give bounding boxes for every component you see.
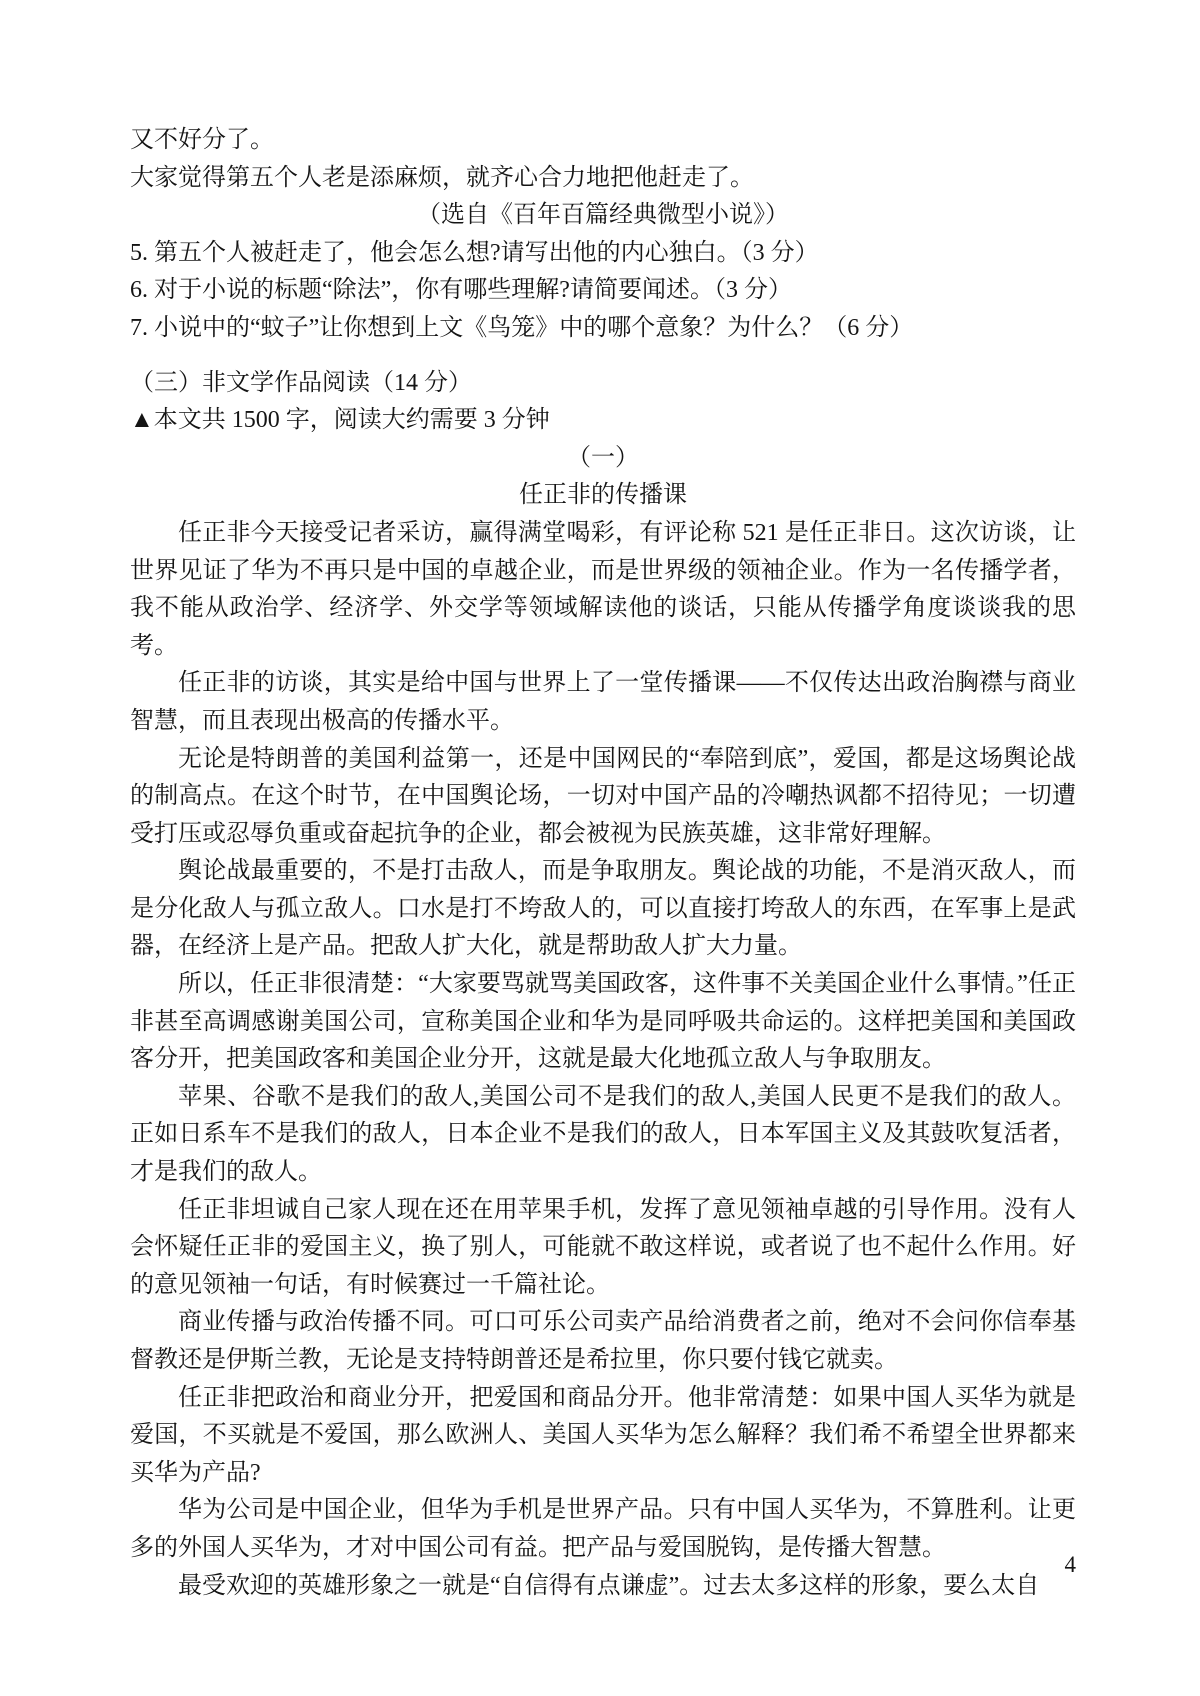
- article-paragraph: 舆论战最重要的，不是打击敌人，而是争取朋友。舆论战的功能，不是消灭敌人，而是分化…: [130, 853, 1076, 966]
- page-number: 4: [130, 1550, 1076, 1580]
- part-label: （一）: [130, 440, 1076, 478]
- question-6: 6. 对于小说的标题“除法”，你有哪些理解?请简要闻述。（3 分）: [130, 272, 1076, 310]
- article-paragraph: 商业传播与政治传播不同。可口可乐公司卖产品给消费者之前，绝对不会问你信奉基督教还…: [130, 1304, 1076, 1379]
- passage-ending-line: 又不好分了。: [130, 122, 1076, 160]
- passage-ending-line: 大家觉得第五个人老是添麻烦，就齐心合力地把他赶走了。: [130, 160, 1076, 198]
- article-paragraph: 无论是特朗普的美国利益第一，还是中国网民的“奉陪到底”，爱国，都是这场舆论战的制…: [130, 741, 1076, 854]
- question-7: 7. 小说中的“蚊子”让你想到上文《鸟笼》中的哪个意象？为什么？（6 分）: [130, 310, 1076, 348]
- document-page: 又不好分了。 大家觉得第五个人老是添麻烦，就齐心合力地把他赶走了。 （选自《百年…: [0, 0, 1200, 1696]
- page-content: 又不好分了。 大家觉得第五个人老是添麻烦，就齐心合力地把他赶走了。 （选自《百年…: [130, 122, 1076, 1605]
- article-title: 任正非的传播课: [130, 477, 1076, 515]
- article-paragraph: 任正非今天接受记者采访，赢得满堂喝彩，有评论称 521 是任正非日。这次访谈，让…: [130, 515, 1076, 665]
- article-paragraph: 所以，任正非很清楚：“大家要骂就骂美国政客，这件事不关美国企业什么事情。”任正非…: [130, 966, 1076, 1079]
- article-paragraph: 任正非把政治和商业分开，把爱国和商品分开。他非常清楚：如果中国人买华为就是爱国，…: [130, 1380, 1076, 1493]
- article-paragraph: 任正非的访谈，其实是给中国与世界上了一堂传播课——不仅传达出政治胸襟与商业智慧，…: [130, 665, 1076, 740]
- article-paragraph: 任正非坦诚自己家人现在还在用苹果手机，发挥了意见领袖卓越的引导作用。没有人会怀疑…: [130, 1192, 1076, 1305]
- source-attribution: （选自《百年百篇经典微型小说》）: [130, 197, 1076, 235]
- reading-note: ▲本文共 1500 字，阅读大约需要 3 分钟: [130, 402, 1076, 440]
- section-heading: （三）非文学作品阅读（14 分）: [130, 365, 1076, 403]
- question-5: 5. 第五个人被赶走了，他会怎么想?请写出他的内心独白。（3 分）: [130, 235, 1076, 273]
- article-paragraph: 苹果、谷歌不是我们的敌人,美国公司不是我们的敌人,美国人民更不是我们的敌人。正如…: [130, 1079, 1076, 1192]
